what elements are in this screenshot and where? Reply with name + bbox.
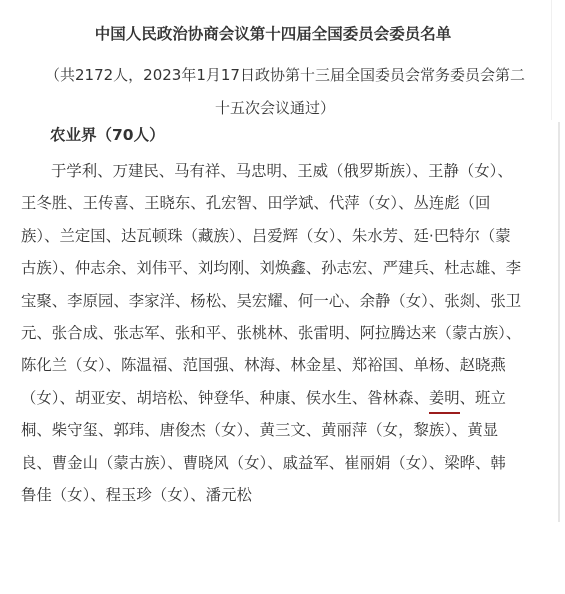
document-subtitle: （共2172人，2023年1月17日政协第十三届全国委员会常务委员会第二 十五次… [45,59,505,125]
highlighted-name: 姜明 [429,382,460,414]
member-list-line: 宝聚、李原园、李家洋、杨松、吴宏耀、何一心、余静（女）、张剡、张卫 [21,285,507,317]
member-list-line: 良、曹金山（蒙古族）、曹晓风（女）、戚益军、崔丽娟（女）、梁晔、韩 [21,447,507,479]
section-title: 农业界（70人） [50,123,165,147]
member-list-line: 元、张合成、张志军、张和平、张桃林、张雷明、阿拉腾达来（蒙古族）、 [21,317,507,349]
member-list: 于学利、万建民、马有祥、马忠明、王威（俄罗斯族）、王静（女）、 王冬胜、王传喜、… [21,155,507,511]
member-list-text: （女）、胡亚安、胡培松、钟登华、种康、侯水生、昝林森、 [21,389,429,407]
member-list-text: 、班立 [460,389,506,407]
member-list-line: 鲁佳（女）、程玉珍（女）、潘元松 [21,479,507,511]
document-title: 中国人民政治协商会议第十四届全国委员会委员名单 [0,22,543,46]
member-list-line: （女）、胡亚安、胡培松、钟登华、种康、侯水生、昝林森、姜明、班立 [21,382,507,414]
subtitle-line-2: 十五次会议通过） [45,92,505,125]
member-list-line: 王冬胜、王传喜、王晓东、孔宏智、田学斌、代萍（女）、丛连彪（回 [21,187,507,219]
subtitle-line-1: （共2172人，2023年1月17日政协第十三届全国委员会常务委员会第二 [45,59,505,92]
page-edge-rule [558,122,560,522]
member-list-line: 古族）、仲志余、刘伟平、刘均刚、刘焕鑫、孙志宏、严建兵、杜志雄、李 [21,252,507,284]
member-list-line: 族）、兰定国、达瓦顿珠（藏族）、吕爱辉（女）、朱水芳、廷·巴特尔（蒙 [21,220,507,252]
member-list-line: 陈化兰（女）、陈温福、范国强、林海、林金星、郑裕国、单杨、赵晓燕 [21,349,507,381]
page-edge-rule-top [551,0,552,120]
member-list-line: 桐、柴守玺、郭玮、唐俊杰（女）、黄三文、黄丽萍（女，黎族）、黄显 [21,414,507,446]
member-list-line: 于学利、万建民、马有祥、马忠明、王威（俄罗斯族）、王静（女）、 [21,155,507,187]
